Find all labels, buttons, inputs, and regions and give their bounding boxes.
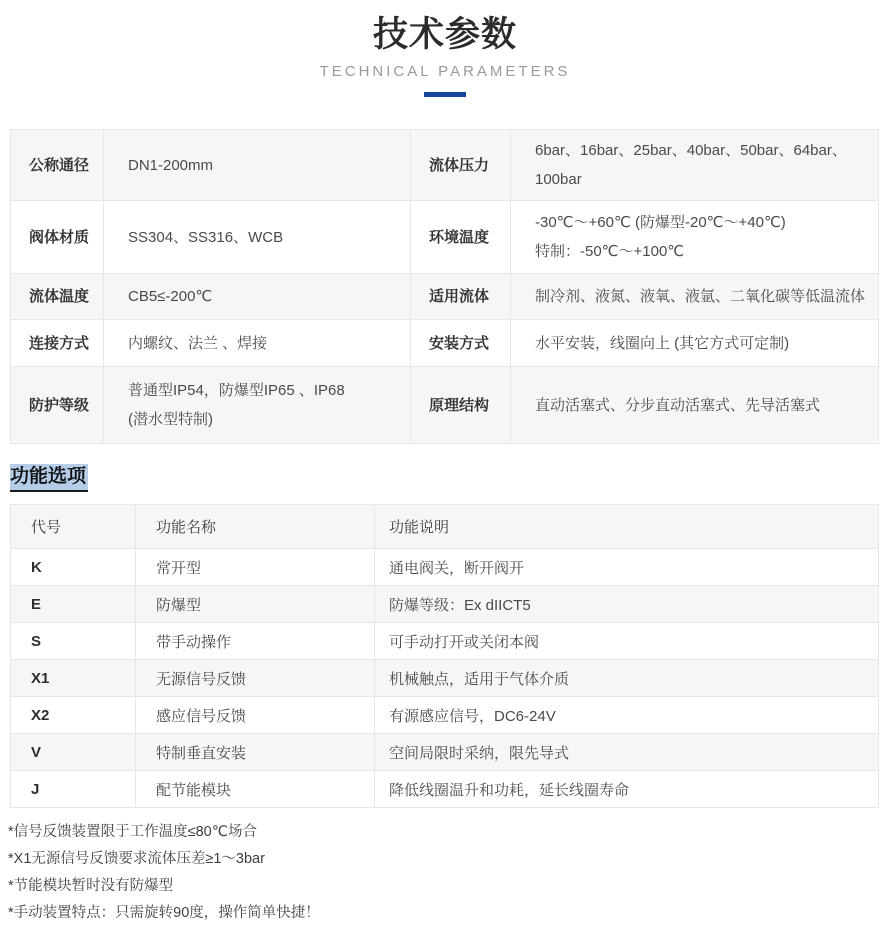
func-row: V 特制垂直安装 空间局限时采纳，限先导式 (11, 734, 879, 771)
func-code-cell: V (11, 734, 136, 771)
spec-value-cell: 6bar、16bar、25bar、40bar、50bar、64bar、 100b… (511, 130, 879, 201)
func-code-cell: J (11, 771, 136, 808)
func-header-row: 代号 功能名称 功能说明 (11, 505, 879, 549)
func-desc-cell: 降低线圈温升和功耗，延长线圈寿命 (375, 771, 879, 808)
spec-label-cell: 环境温度 (411, 201, 511, 274)
spec-label-cell: 原理结构 (411, 367, 511, 444)
footnotes: *信号反馈装置限于工作温度≤80℃场合 *X1无源信号反馈要求流体压差≥1～3b… (8, 825, 890, 921)
func-name-cell: 特制垂直安装 (136, 734, 375, 771)
spec-value-cell: 直动活塞式、分步直动活塞式、先导活塞式 (511, 367, 879, 444)
spec-value-cell: 内螺纹、法兰 、焊接 (104, 320, 411, 367)
spec-value-cell: 制冷剂、液氮、液氧、液氩、二氧化碳等低温流体 (511, 274, 879, 320)
func-row: S 带手动操作 可手动打开或关闭本阀 (11, 623, 879, 660)
func-code-cell: X1 (11, 660, 136, 697)
spec-label-cell: 阀体材质 (11, 201, 104, 274)
spec-value-cell: CB5≤-200℃ (104, 274, 411, 320)
spec-row: 流体温度 CB5≤-200℃ 适用流体 制冷剂、液氮、液氧、液氩、二氧化碳等低温… (11, 274, 879, 320)
spec-label-cell: 适用流体 (411, 274, 511, 320)
spec-value-cell: -30℃～+60℃ (防爆型-20℃～+40℃) 特制：-50℃～+100℃ (511, 201, 879, 274)
page-header: 技术参数 TECHNICAL PARAMETERS (0, 0, 890, 97)
func-row: X1 无源信号反馈 机械触点，适用于气体介质 (11, 660, 879, 697)
footnote: *手动装置特点：只需旋转90度，操作简单快捷！ (8, 906, 890, 921)
spec-value-cell: 普通型IP54，防爆型IP65 、IP68 (潜水型特制) (104, 367, 411, 444)
spec-label-cell: 流体温度 (11, 274, 104, 320)
func-desc-cell: 有源感应信号，DC6-24V (375, 697, 879, 734)
spec-label-cell: 防护等级 (11, 367, 104, 444)
spec-row: 防护等级 普通型IP54，防爆型IP65 、IP68 (潜水型特制) 原理结构 … (11, 367, 879, 444)
spec-value-cell: DN1-200mm (104, 130, 411, 201)
func-code-cell: K (11, 549, 136, 586)
func-desc-cell: 防爆等级：Ex dIICT5 (375, 586, 879, 623)
func-desc-cell: 空间局限时采纳，限先导式 (375, 734, 879, 771)
spec-value-cell: 水平安装，线圈向上 (其它方式可定制) (511, 320, 879, 367)
function-options-heading-text: 功能选项 (10, 464, 88, 492)
page-title: 技术参数 (0, 14, 890, 56)
title-accent-bar (424, 92, 466, 97)
func-col-header-desc: 功能说明 (375, 505, 879, 549)
spec-row: 连接方式 内螺纹、法兰 、焊接 安装方式 水平安装，线圈向上 (其它方式可定制) (11, 320, 879, 367)
func-code-cell: E (11, 586, 136, 623)
func-row: J 配节能模块 降低线圈温升和功耗，延长线圈寿命 (11, 771, 879, 808)
func-code-cell: S (11, 623, 136, 660)
footnote: *节能模块暂时没有防爆型 (8, 879, 890, 894)
func-desc-cell: 可手动打开或关闭本阀 (375, 623, 879, 660)
spec-row: 公称通径 DN1-200mm 流体压力 6bar、16bar、25bar、40b… (11, 130, 879, 201)
spec-label-cell: 公称通径 (11, 130, 104, 201)
func-code-cell: X2 (11, 697, 136, 734)
func-name-cell: 常开型 (136, 549, 375, 586)
page-subtitle: TECHNICAL PARAMETERS (0, 63, 890, 80)
func-row: X2 感应信号反馈 有源感应信号，DC6-24V (11, 697, 879, 734)
spec-row: 阀体材质 SS304、SS316、WCB 环境温度 -30℃～+60℃ (防爆型… (11, 201, 879, 274)
spec-label-cell: 连接方式 (11, 320, 104, 367)
spec-value-cell: SS304、SS316、WCB (104, 201, 411, 274)
spec-label-cell: 安装方式 (411, 320, 511, 367)
func-desc-cell: 机械触点，适用于气体介质 (375, 660, 879, 697)
func-row: E 防爆型 防爆等级：Ex dIICT5 (11, 586, 879, 623)
func-name-cell: 带手动操作 (136, 623, 375, 660)
function-options-heading: 功能选项 (10, 464, 890, 492)
spec-table: 公称通径 DN1-200mm 流体压力 6bar、16bar、25bar、40b… (10, 129, 879, 444)
footnote: *X1无源信号反馈要求流体压差≥1～3bar (8, 852, 890, 867)
func-name-cell: 防爆型 (136, 586, 375, 623)
func-name-cell: 配节能模块 (136, 771, 375, 808)
func-row: K 常开型 通电阀关，断开阀开 (11, 549, 879, 586)
footnote: *信号反馈装置限于工作温度≤80℃场合 (8, 825, 890, 840)
func-col-header-name: 功能名称 (136, 505, 375, 549)
func-desc-cell: 通电阀关，断开阀开 (375, 549, 879, 586)
func-col-header-code: 代号 (11, 505, 136, 549)
technical-parameters-page: 技术参数 TECHNICAL PARAMETERS 公称通径 DN1-200mm… (0, 0, 890, 933)
func-name-cell: 感应信号反馈 (136, 697, 375, 734)
spec-label-cell: 流体压力 (411, 130, 511, 201)
func-name-cell: 无源信号反馈 (136, 660, 375, 697)
function-options-table: 代号 功能名称 功能说明 K 常开型 通电阀关，断开阀开 E 防爆型 防爆等级：… (10, 504, 879, 808)
